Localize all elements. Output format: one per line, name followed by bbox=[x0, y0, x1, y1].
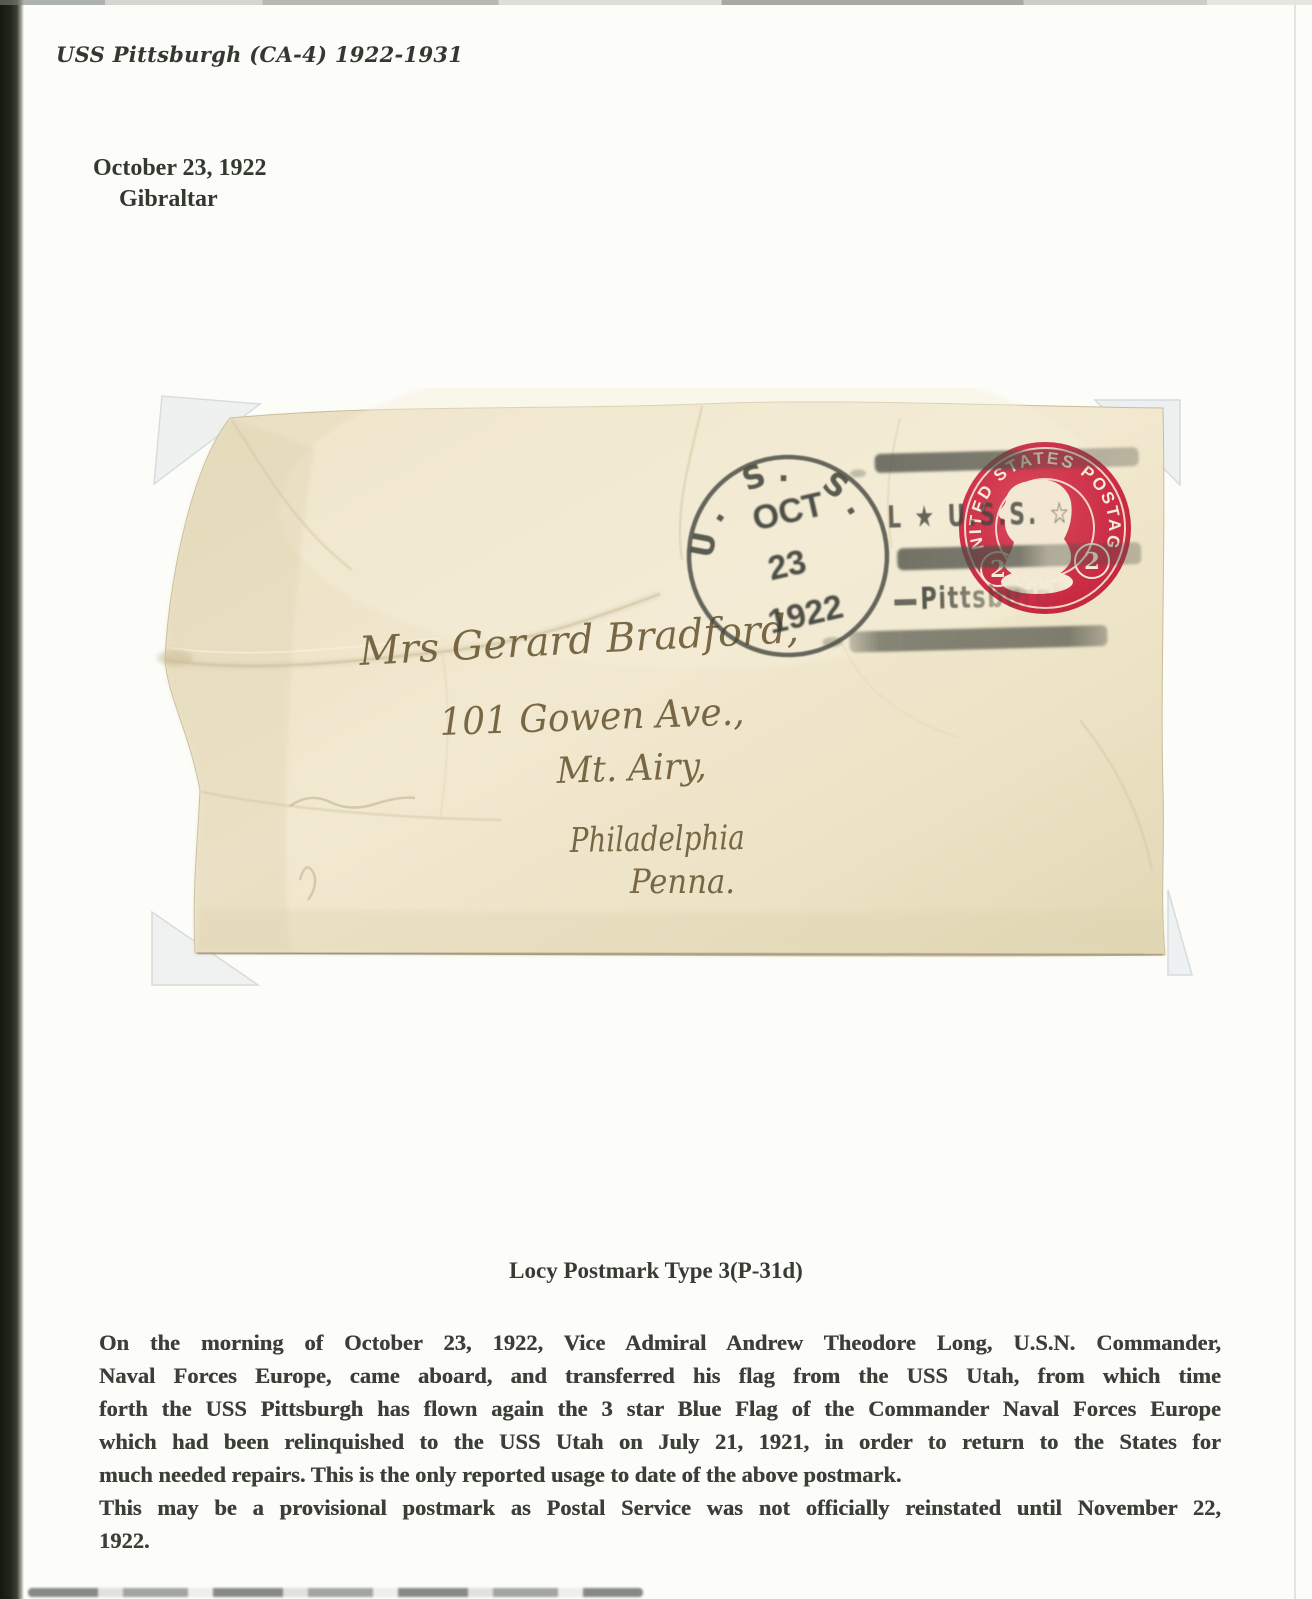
description-text: On the morning of October 23, 1922, Vice… bbox=[99, 1326, 1221, 1557]
body-line: forth the USS Pittsburgh has flown again… bbox=[99, 1392, 1221, 1425]
postmark-caption: Locy Postmark Type 3(P-31d) bbox=[0, 1258, 1312, 1284]
location-heading: Gibraltar bbox=[93, 184, 267, 215]
date-heading-block: October 23, 1922 Gibraltar bbox=[93, 153, 267, 215]
body-line: This may be a provisional postmark as Po… bbox=[99, 1491, 1221, 1524]
body-line: which had been relinquished to the USS U… bbox=[99, 1425, 1221, 1458]
address-line-5: Penna. bbox=[629, 862, 735, 902]
killer-row-text: L ★ U.S.S. ☆ bbox=[887, 496, 1073, 536]
album-page: USS Pittsburgh (CA-4) 1922-1931 October … bbox=[0, 0, 1312, 1599]
crease-shadow-spot bbox=[157, 650, 193, 666]
address-line-4: Philadelphia bbox=[569, 818, 745, 861]
body-line: 1922. bbox=[99, 1524, 1221, 1557]
body-line: much needed repairs. This is the only re… bbox=[99, 1458, 1221, 1491]
body-line: Naval Forces Europe, came aboard, and tr… bbox=[99, 1359, 1221, 1392]
killer-ship-name: Pittsburgh bbox=[920, 578, 1071, 617]
killer-dash bbox=[894, 599, 916, 606]
envelope-graphic: Mrs Gerard Bradford, 101 Gowen Ave., Mt.… bbox=[140, 388, 1230, 988]
body-line: On the morning of October 23, 1922, Vice… bbox=[99, 1326, 1221, 1359]
scan-edge-top bbox=[0, 0, 1312, 5]
mount-corner-bottom-right bbox=[1168, 890, 1192, 975]
date-heading: October 23, 1922 bbox=[93, 153, 267, 184]
scan-edge-right bbox=[1294, 0, 1296, 1599]
cover-photo: Mrs Gerard Bradford, 101 Gowen Ave., Mt.… bbox=[140, 388, 1230, 988]
scan-edge-left bbox=[0, 0, 24, 1599]
page-title: USS Pittsburgh (CA-4) 1922-1931 bbox=[56, 42, 463, 67]
paper-shade-bottom bbox=[195, 908, 1165, 956]
scan-smudge-bottom bbox=[28, 1588, 643, 1597]
address-line-3: Mt. Airy, bbox=[555, 746, 707, 792]
